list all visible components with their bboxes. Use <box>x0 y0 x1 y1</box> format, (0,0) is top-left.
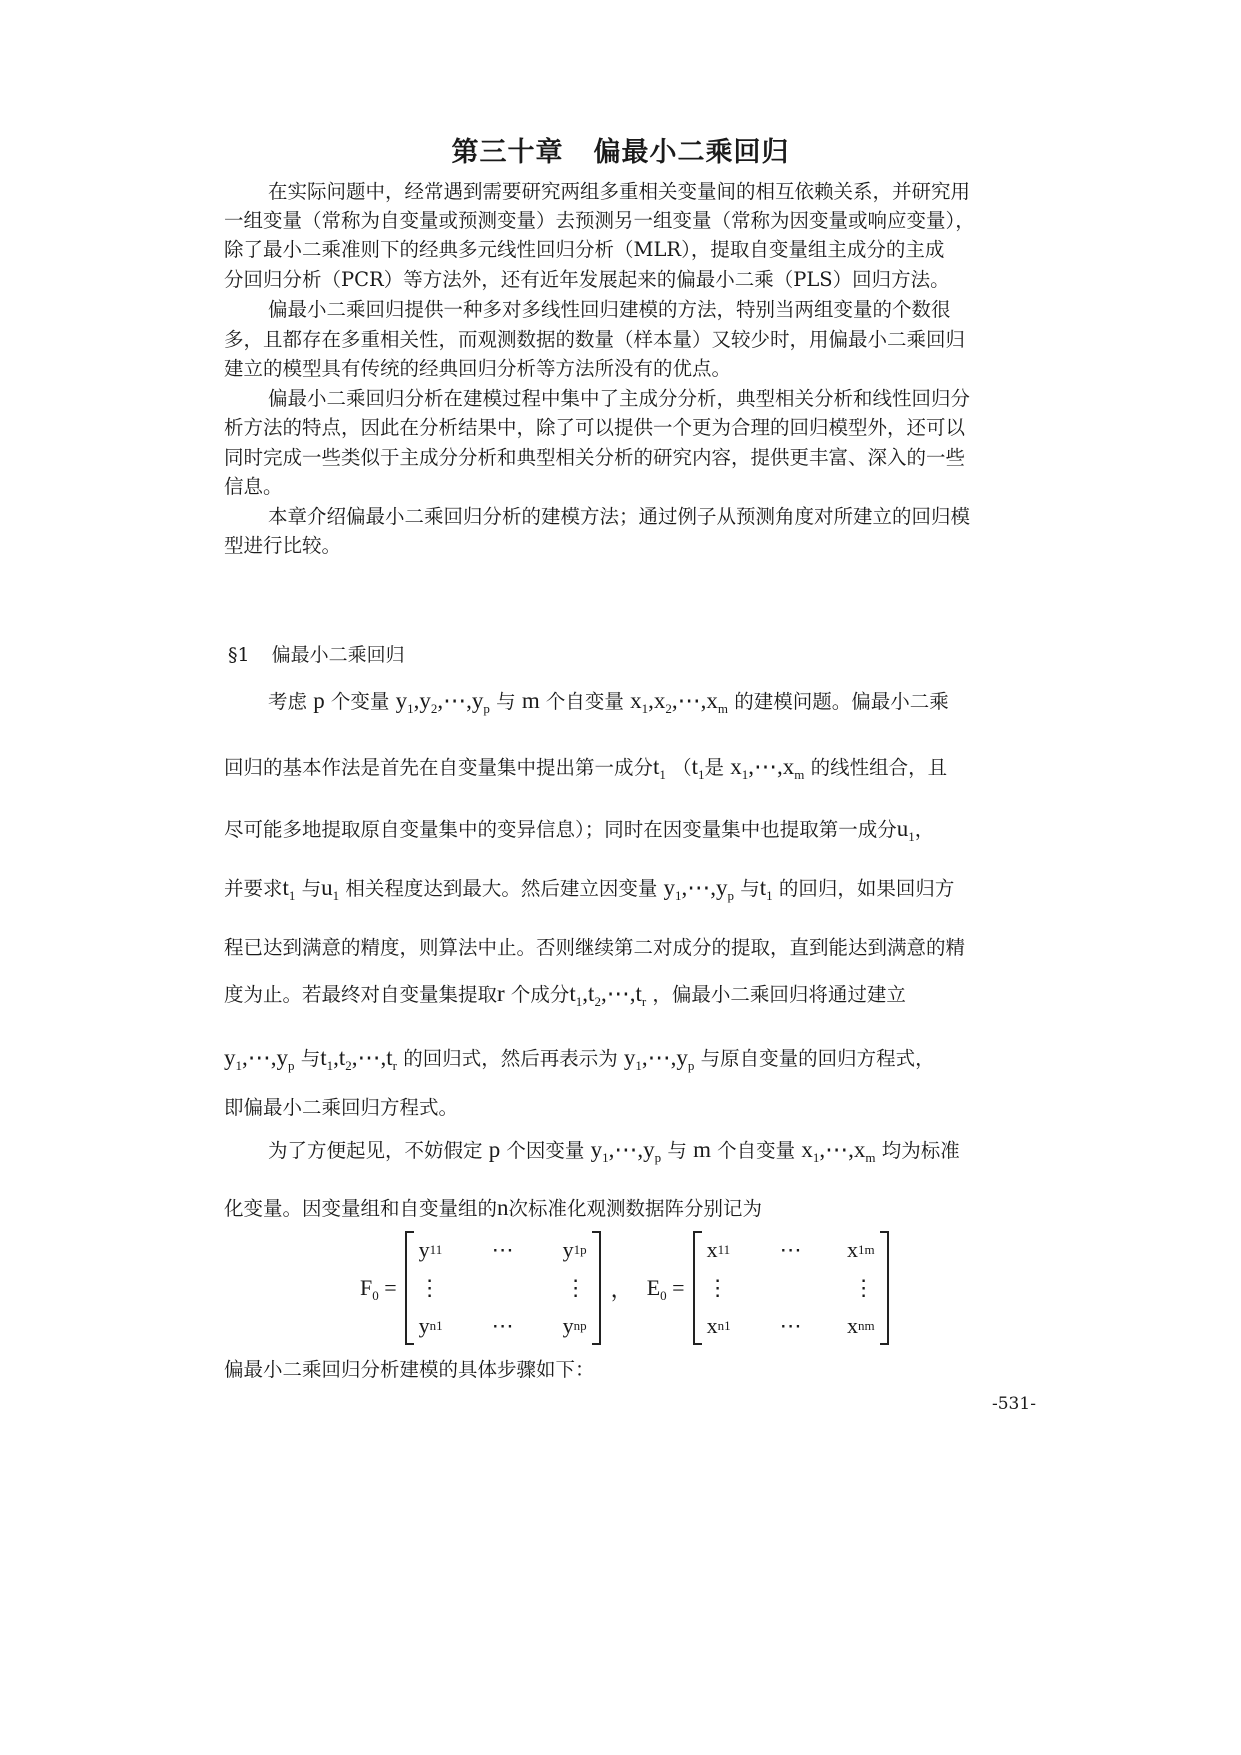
body-line: 化变量。因变量组和自变量组的n次标准化观测数据阵分别记为 <box>224 1194 1046 1223</box>
body-line: 程已达到满意的精度，则算法中止。否则继续第二对成分的提取，直到能达到满意的精 <box>224 934 1046 962</box>
matrix-equation: F0 = y11 ⋯ y1p ⋮ ⋮ yn1 ⋯ ynp ， E0 = x11 … <box>360 1228 893 1348</box>
body-line: 为了方便起见，不妨假定 p 个因变量 y1,⋯,yp 与 m 个自变量 x1,⋯… <box>268 1136 1046 1165</box>
section-number: §1 <box>228 644 250 666</box>
paragraph-line: 一组变量（常称为自变量或预测变量）去预测另一组变量（常称为因变量或响应变量）， <box>224 207 1046 235</box>
body-line: 即偏最小二乘回归方程式。 <box>224 1094 1046 1122</box>
paragraph-line: 偏最小二乘回归分析在建模过程中集中了主成分分析，典型相关分析和线性回归分 <box>268 385 1046 413</box>
matrix-f-label: F0 = <box>360 1275 397 1301</box>
paragraph-line: 偏最小二乘回归提供一种多对多线性回归建模的方法，特别当两组变量的个数很 <box>268 296 1046 324</box>
body-line: 回归的基本作法是首先在自变量集中提出第一成分t1 （t1是 x1,⋯,xm 的线… <box>224 753 1046 782</box>
paragraph-line: 本章介绍偏最小二乘回归分析的建模方法；通过例子从预测角度对所建立的回归模 <box>268 503 1046 531</box>
chapter-name: 偏最小二乘回归 <box>594 137 790 168</box>
body-line: y1,⋯,yp 与t1,t2,⋯,tr 的回归式，然后再表示为 y1,⋯,yp … <box>224 1044 1046 1073</box>
paragraph-line: 在实际问题中，经常遇到需要研究两组多重相关变量间的相互依赖关系，并研究用 <box>268 178 1046 206</box>
matrix-e: x11 ⋯ x1m ⋮ ⋮ xn1 ⋯ xnm <box>693 1231 889 1345</box>
chapter-number: 第三十章 <box>452 137 564 168</box>
paragraph-line: 分回归分析（PCR）等方法外，还有近年发展起来的偏最小二乘（PLS）回归方法。 <box>224 266 1046 294</box>
paragraph-line: 析方法的特点，因此在分析结果中，除了可以提供一个更为合理的回归模型外，还可以 <box>224 414 1046 442</box>
matrix-f: y11 ⋯ y1p ⋮ ⋮ yn1 ⋯ ynp <box>405 1231 601 1345</box>
body-line: 偏最小二乘回归分析建模的具体步骤如下： <box>224 1356 1046 1384</box>
chapter-title: 第三十章偏最小二乘回归 <box>0 130 1241 169</box>
paragraph-line: 除了最小二乘准则下的经典多元线性回归分析（MLR），提取自变量组主成分的主成 <box>224 236 1046 264</box>
body-line: 考虑 p 个变量 y1,y2,⋯,yp 与 m 个自变量 x1,x2,⋯,xm … <box>268 687 1046 716</box>
paragraph-line: 建立的模型具有传统的经典回归分析等方法所没有的优点。 <box>224 355 1046 383</box>
body-line: 并要求t1 与u1 相关程度达到最大。然后建立因变量 y1,⋯,yp 与t1 的… <box>224 874 1046 903</box>
paragraph-line: 同时完成一些类似于主成分分析和典型相关分析的研究内容，提供更丰富、深入的一些 <box>224 444 1046 472</box>
paragraph-line: 型进行比较。 <box>224 532 1046 560</box>
document-page: 第三十章偏最小二乘回归 在实际问题中，经常遇到需要研究两组多重相关变量间的相互依… <box>0 0 1241 1755</box>
section-heading: §1偏最小二乘回归 <box>228 640 405 667</box>
page-number: -531- <box>992 1394 1036 1414</box>
matrix-e-label: E0 = <box>647 1275 685 1301</box>
body-line: 尽可能多地提取原自变量集中的变异信息）；同时在因变量集中也提取第一成分u1， <box>224 815 1046 844</box>
body-line: 度为止。若最终对自变量集提取r 个成分t1,t2,⋯,tr ，偏最小二乘回归将通… <box>224 980 1046 1009</box>
paragraph-line: 信息。 <box>224 473 1046 501</box>
paragraph-line: 多，且都存在多重相关性，而观测数据的数量（样本量）又较少时，用偏最小二乘回归 <box>224 326 1046 354</box>
section-title: 偏最小二乘回归 <box>272 644 405 666</box>
